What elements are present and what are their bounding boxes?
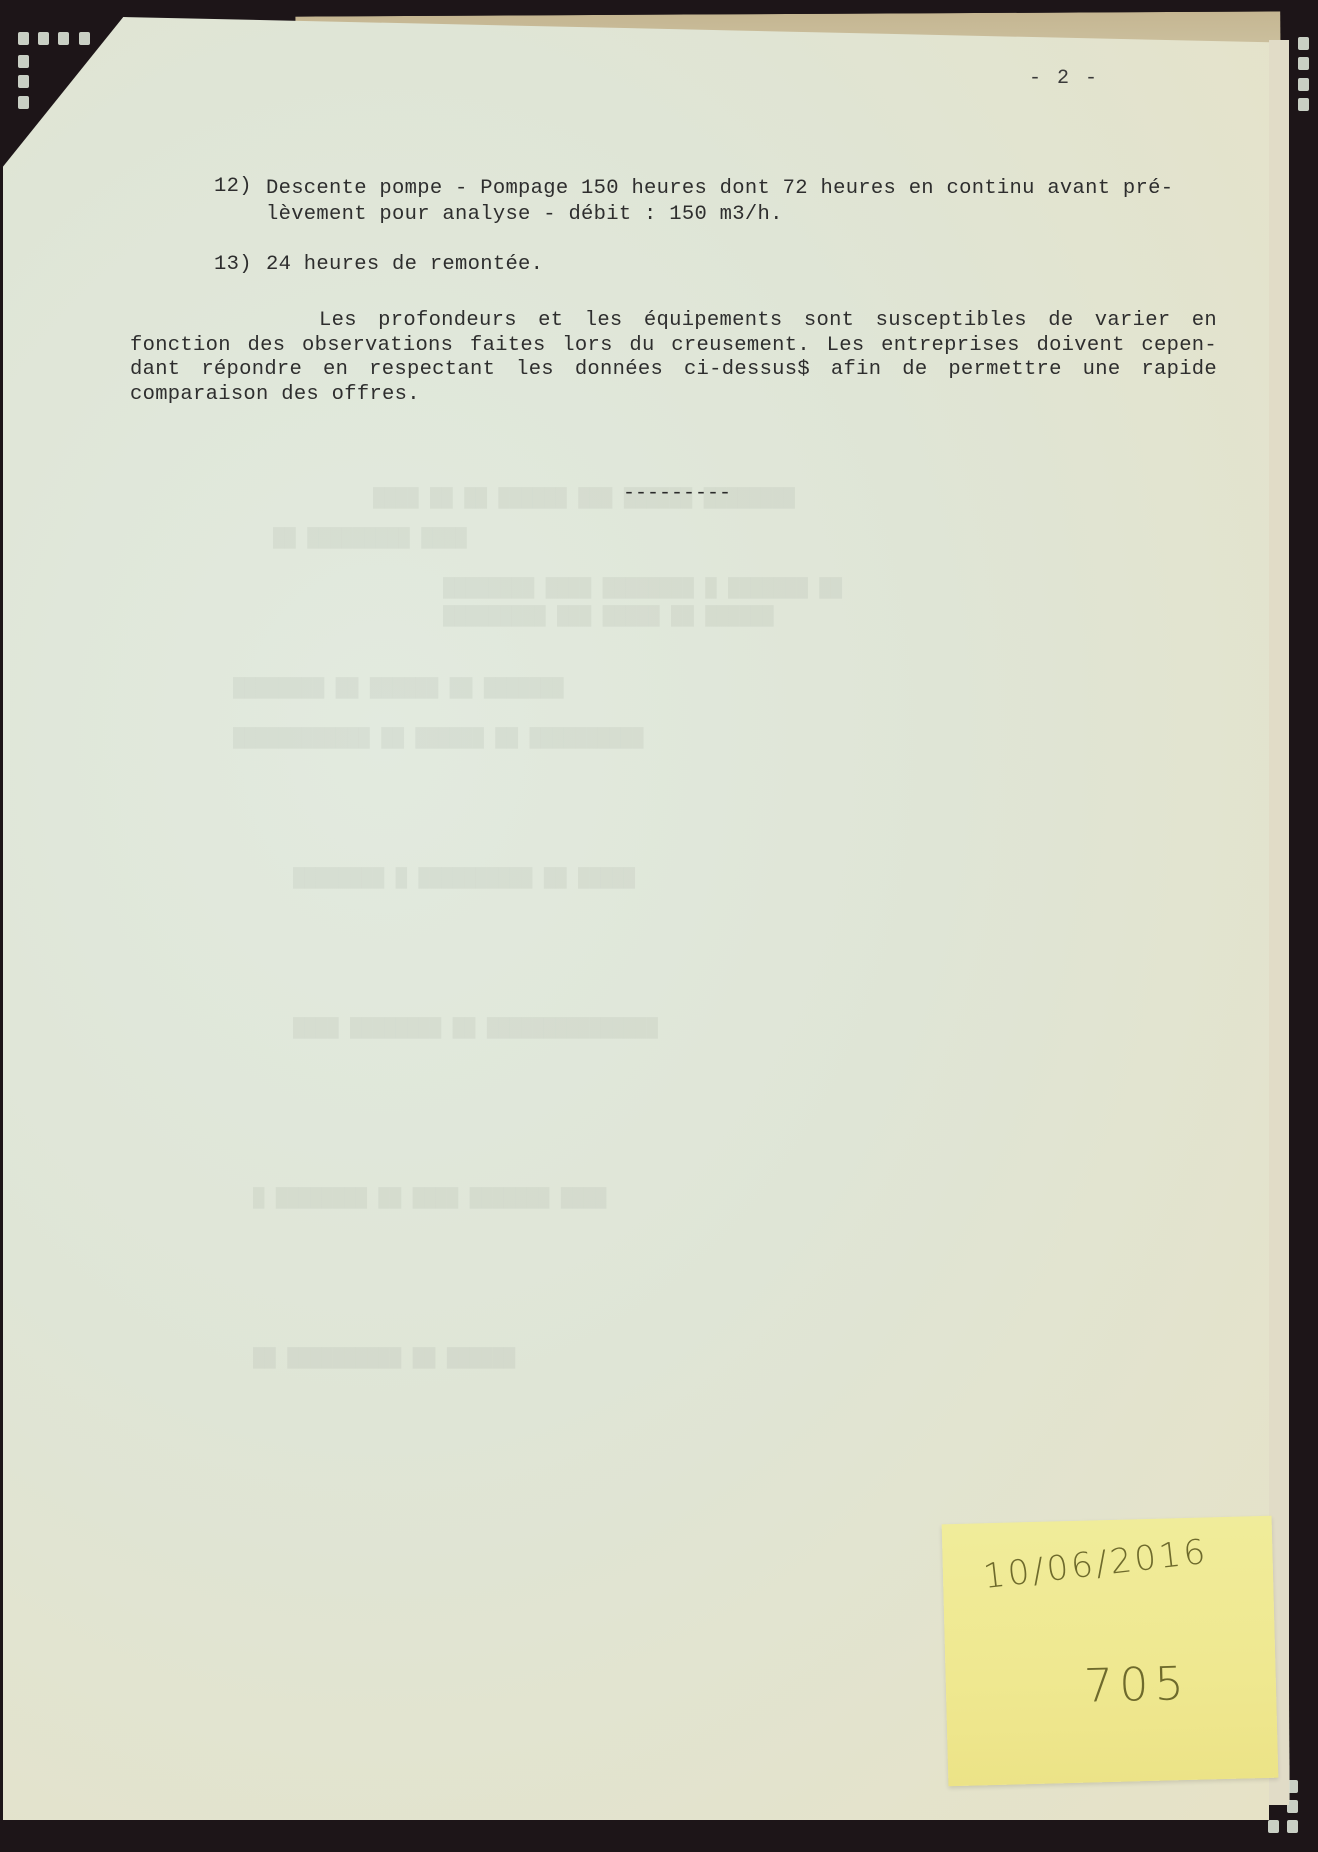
item-line: Descente pompe - Pompage 150 heures dont… (266, 177, 1173, 200)
bleed-through: ████ ██ ██ ██████ ███ ██████ ████████ (373, 487, 795, 509)
bleed-through: ████████████ ██ ██████ ██ ██████████ (233, 727, 643, 749)
sticky-note-number: 705 (1083, 1656, 1190, 1713)
paragraph-line: comparaison des offres. (130, 383, 420, 406)
bleed-through: ████████ ██ ██████ ██ ███████ (233, 677, 564, 699)
bleed-through: ████ ████████ ██ ███████████████ (293, 1017, 658, 1039)
page-number: - 2 - (1029, 67, 1099, 90)
paragraph-line: Les profondeurs et les équipements sont … (319, 309, 1217, 332)
bleed-through: ██ █████████ ████ (273, 527, 467, 549)
bleed-through: ████████ ████ ████████ █ ███████ ██ (443, 577, 842, 599)
bleed-through: ████████ █ ██████████ ██ █████ (293, 867, 635, 889)
item-line: 24 heures de remontée. (266, 253, 543, 276)
item-number: 13) (214, 253, 252, 276)
sticky-note: 10/06/2016 705 (942, 1516, 1279, 1787)
bleed-through: █████████ ███ █████ ██ ██████ (443, 605, 774, 627)
bleed-through: ██ ██████████ ██ ██████ (253, 1347, 515, 1369)
sticky-note-date: 10/06/2016 (981, 1532, 1210, 1597)
paragraph-line: fonction des observations faites lors du… (130, 334, 1217, 357)
separator-dashes: --------- (623, 482, 731, 505)
item-number: 12) (214, 175, 252, 198)
paragraph-line: dant répondre en respectant les données … (130, 358, 1217, 381)
item-line: lèvement pour analyse - débit : 150 m3/h… (266, 203, 783, 226)
bleed-through: █ ████████ ██ ████ ███████ ████ (253, 1187, 606, 1209)
